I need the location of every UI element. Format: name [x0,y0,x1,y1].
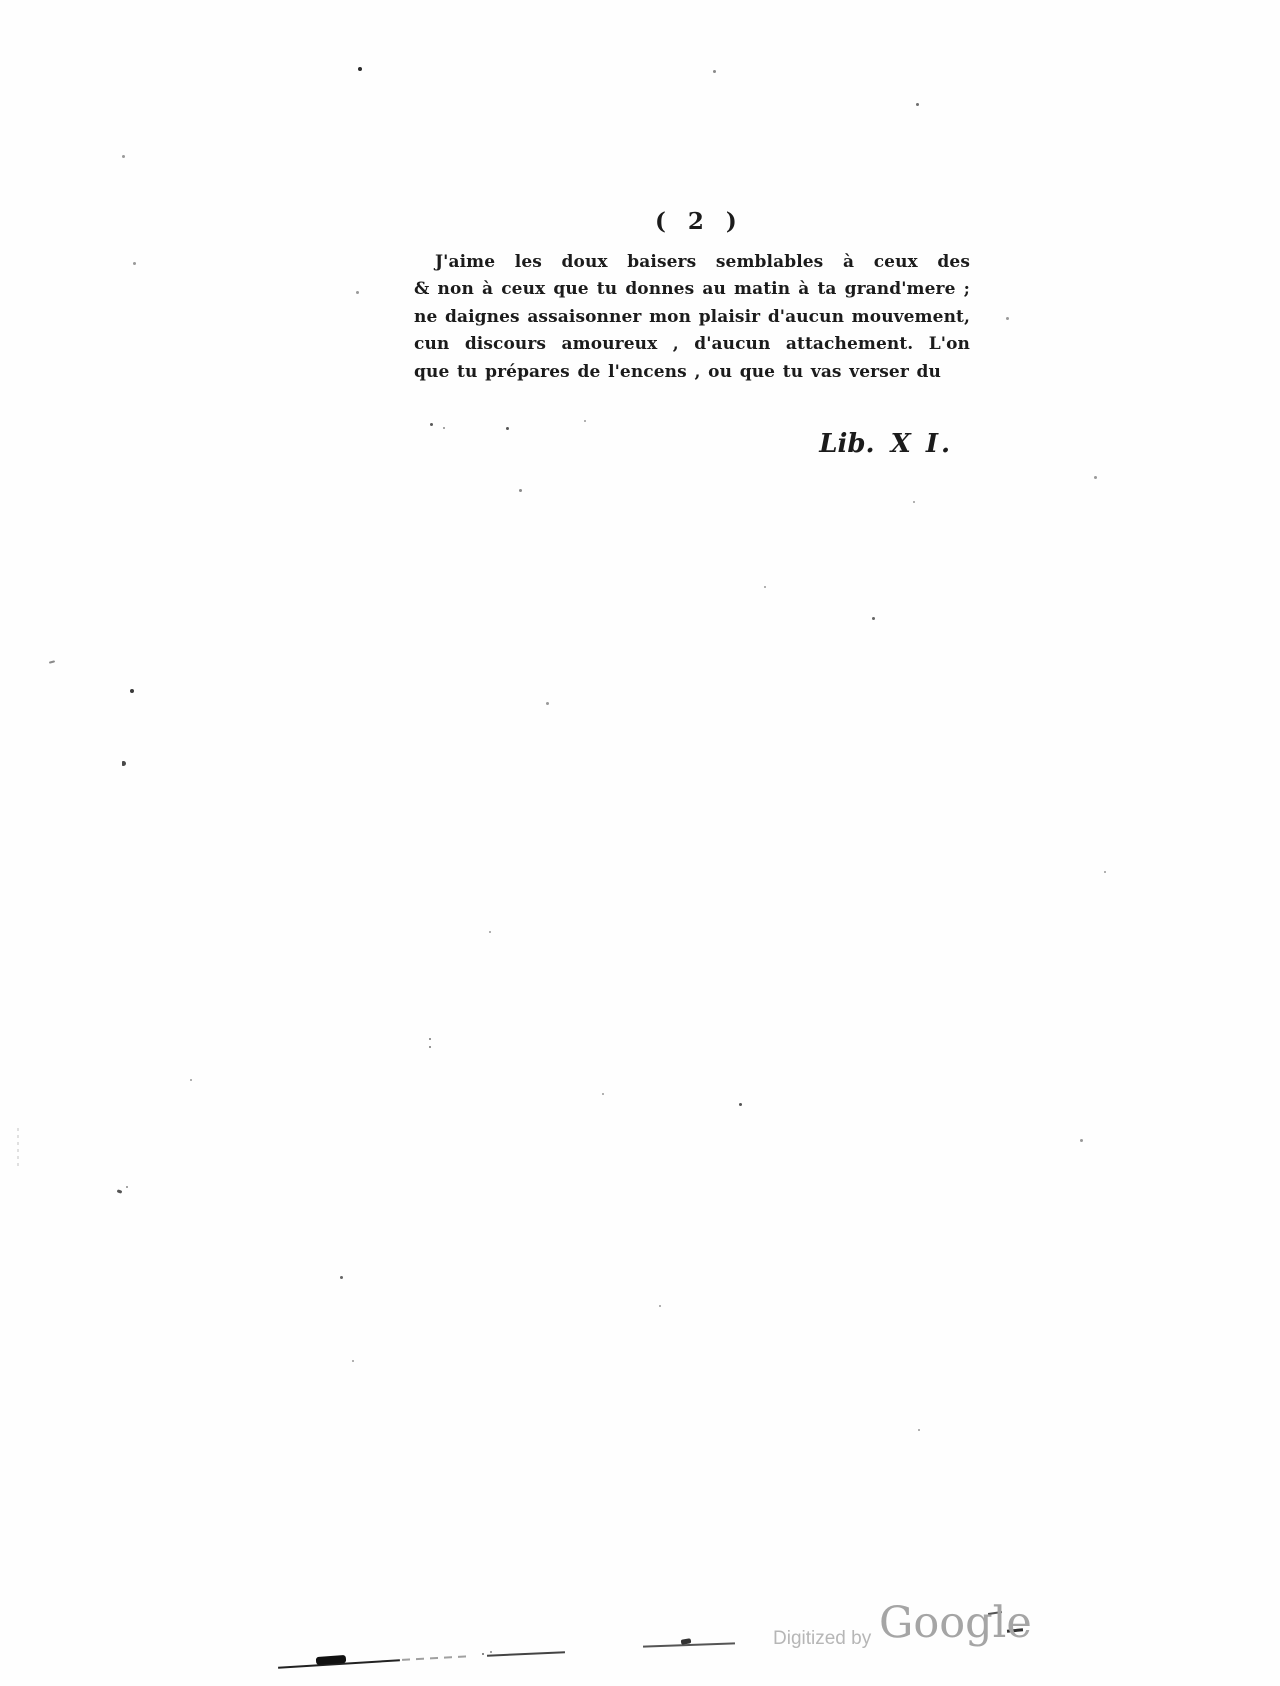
scan-speck [739,1103,742,1106]
scan-speck [602,1093,604,1095]
scan-speck [584,420,586,422]
body-paragraph: J'aime les doux baisers semblables à ceu… [414,249,970,386]
scan-speck [913,501,915,503]
scan-speck [356,291,359,294]
scan-speck [122,155,125,158]
scan-speck [1094,476,1097,479]
citation-lib-label: Lib. [819,429,874,459]
scan-speck [443,427,445,429]
google-watermark: Digitized by Google [773,1598,1093,1662]
citation: Lib.X I. [783,399,953,489]
scan-streak [487,1651,565,1656]
scan-speck [918,1429,920,1431]
scan-speck [1080,1139,1083,1142]
paragraph-line: que tu prépares de l'encens , ou que tu … [414,359,941,386]
scan-speck [482,1653,484,1655]
scan-speck [659,1305,661,1307]
scan-speck [490,1651,492,1653]
scan-speck [358,67,362,71]
scan-speck [872,617,875,620]
page-number: ( 2 ) [655,208,744,235]
scan-speck [117,1189,123,1194]
scan-speck [489,931,491,933]
scan-speck [429,1038,431,1040]
book-page: ( 2 ) J'aime les doux baisers semblables… [0,0,1280,1686]
scan-speck [546,702,549,705]
scan-speck [519,489,522,492]
scan-speck [133,262,136,265]
scan-speck [130,689,134,693]
scan-speck [49,660,55,663]
scan-edge-mark [17,1128,19,1170]
paragraph-line: ne daignes assaisonner mon plaisir d'auc… [414,304,970,331]
scan-speck [352,1360,354,1362]
scan-speck [1104,871,1106,873]
scan-speck [1006,317,1009,320]
google-logo: Google [879,1598,1032,1648]
scan-speck [429,1046,431,1048]
scan-speck [430,423,433,426]
scan-speck [916,103,919,106]
paragraph-line: & non à ceux que tu donnes au matin à ta… [414,276,970,303]
scan-speck [713,70,716,73]
digitized-by-label: Digitized by [773,1628,871,1650]
scan-speck [340,1276,343,1279]
scan-streak [402,1655,472,1661]
paragraph-line: J'aime les doux baisers semblables à ceu… [414,249,970,276]
scan-speck [122,761,126,766]
scan-speck [190,1079,192,1081]
scan-speck [506,427,509,430]
paragraph-line: cun discours amoureux , d'aucun attachem… [414,331,970,358]
scan-speck [126,1186,128,1188]
citation-book-number: X I. [891,429,953,459]
scan-speck [764,586,766,588]
